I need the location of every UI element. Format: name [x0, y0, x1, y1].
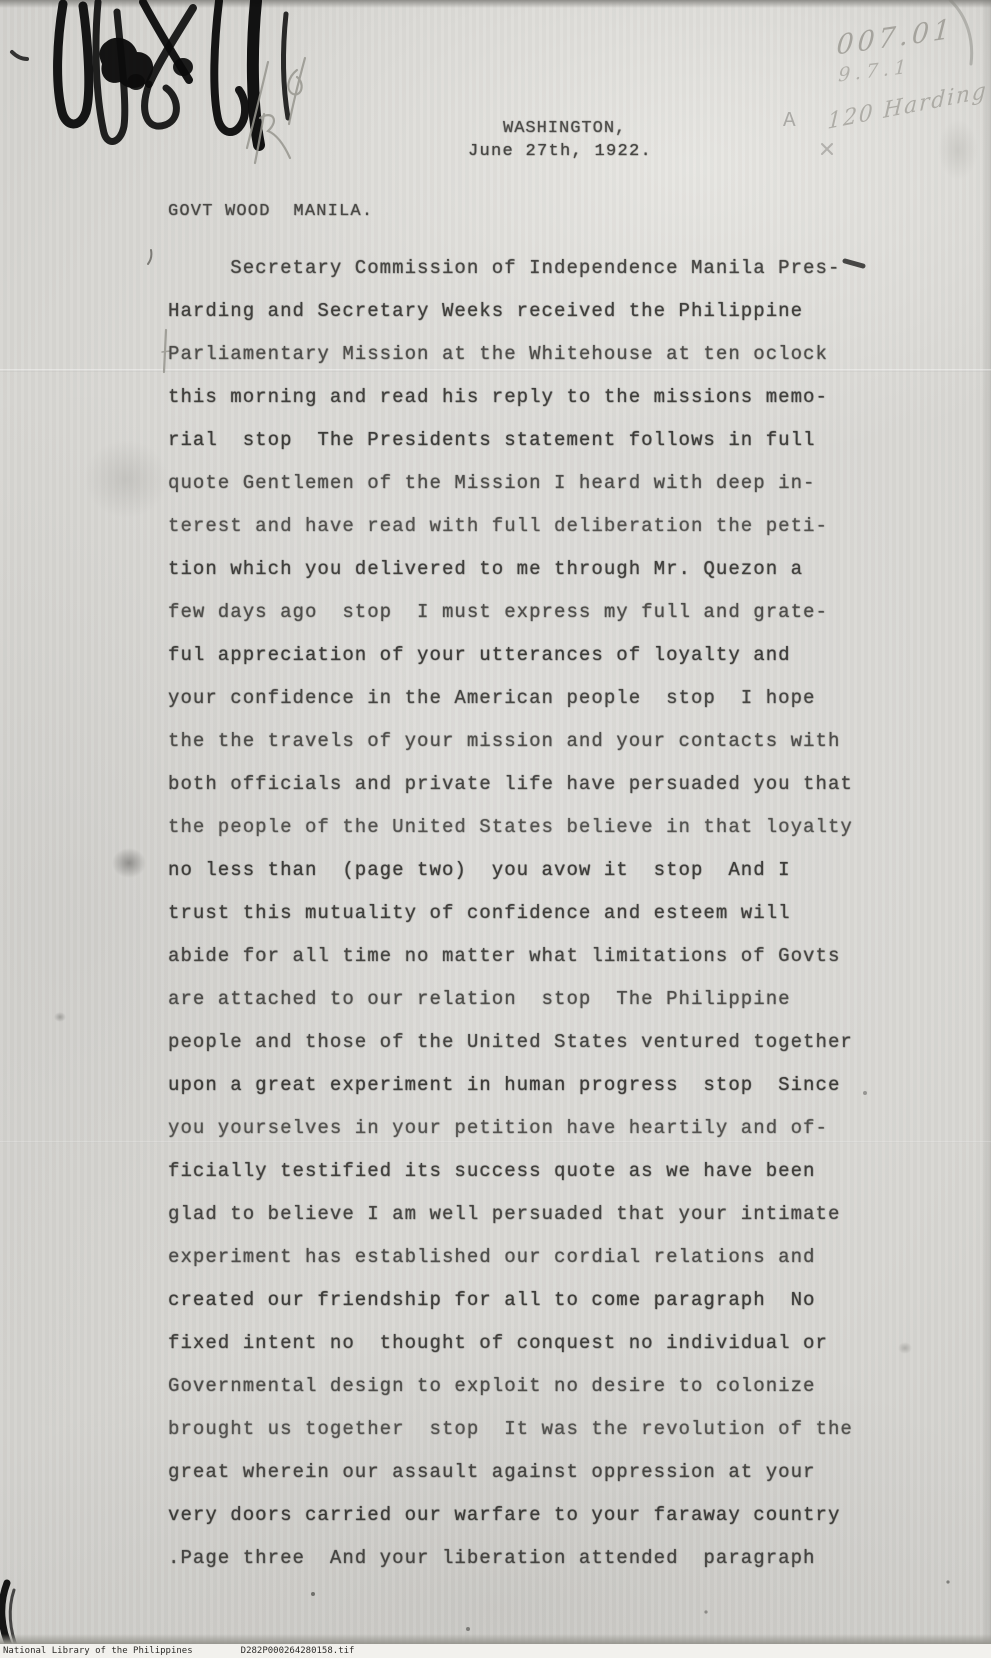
scan-right-edge — [981, 0, 991, 1658]
body-line: abide for all time no matter what limita… — [168, 935, 853, 978]
body-line: this morning and read his reply to the m… — [168, 376, 853, 419]
scan-bottom-edge — [0, 1634, 991, 1644]
body-line: you yourselves in your petition have hea… — [168, 1107, 853, 1150]
body-line: are attached to our relation stop The Ph… — [168, 978, 853, 1021]
body-line: tion which you delivered to me through M… — [168, 548, 853, 591]
body-line: your confidence in the American people s… — [168, 677, 853, 720]
body-line: brought us together stop It was the revo… — [168, 1408, 853, 1451]
body-line: ful appreciation of your utterances of l… — [168, 634, 853, 677]
body-line: very doors carried our warfare to your f… — [168, 1494, 853, 1537]
body-line: the people of the United States believe … — [168, 806, 853, 849]
body-line: terest and have read with full deliberat… — [168, 505, 853, 548]
body-line: Parliamentary Mission at the Whitehouse … — [168, 333, 853, 376]
telegram-body: Secretary Commission of Independence Man… — [168, 247, 853, 1580]
body-line: rial stop The Presidents statement follo… — [168, 419, 853, 462]
body-line: created our friendship for all to come p… — [168, 1279, 853, 1322]
stain — [54, 1012, 66, 1022]
series-letter-mark: A — [783, 110, 796, 133]
body-line: quote Gentlemen of the Mission I heard w… — [168, 462, 853, 505]
body-line: .Page three And your liberation attended… — [168, 1537, 853, 1580]
scanned-telegram-page: 007.01 9.7.1 120 Harding A WASHINGTON, J… — [0, 0, 991, 1658]
body-line: ficially testified its success quote as … — [168, 1150, 853, 1193]
body-line: Secretary Commission of Independence Man… — [168, 247, 853, 290]
body-line: upon a great experiment in human progres… — [168, 1064, 853, 1107]
body-line: great wherein our assault against oppres… — [168, 1451, 853, 1494]
body-line: trust this mutuality of confidence and e… — [168, 892, 853, 935]
telegram-addressee-line: GOVT WOOD MANILA. — [168, 202, 373, 221]
body-line: experiment has established our cordial r… — [168, 1236, 853, 1279]
body-line: the the travels of your mission and your… — [168, 720, 853, 763]
scan-top-edge — [0, 0, 991, 8]
stain — [898, 1342, 912, 1354]
stain — [112, 848, 146, 878]
stain — [84, 440, 168, 518]
body-line: fixed intent no thought of conquest no i… — [168, 1322, 853, 1365]
body-line: Governmental design to exploit no desire… — [168, 1365, 853, 1408]
stain — [938, 120, 978, 180]
pencil-annotation-sub-number: 9.7.1 — [838, 55, 912, 86]
body-line: glad to believe I am well persuaded that… — [168, 1193, 853, 1236]
telegram-date-line: June 27th, 1922. — [468, 142, 652, 161]
body-line: no less than (page two) you avow it stop… — [168, 849, 853, 892]
pencil-annotation-reference: 120 Harding — [827, 78, 989, 135]
telegram-place-line: WASHINGTON, — [503, 119, 626, 138]
body-line: few days ago stop I must express my full… — [168, 591, 853, 634]
body-line: people and those of the United States ve… — [168, 1021, 853, 1064]
body-line: Harding and Secretary Weeks received the… — [168, 290, 853, 333]
body-line: both officials and private life have per… — [168, 763, 853, 806]
pencil-annotation-file-number: 007.01 — [835, 13, 955, 61]
scan-filename: D282P000264280158.tif — [241, 1646, 355, 1656]
digitization-footer: National Library of the Philippines D282… — [0, 1644, 991, 1658]
library-credit: National Library of the Philippines — [3, 1646, 193, 1656]
